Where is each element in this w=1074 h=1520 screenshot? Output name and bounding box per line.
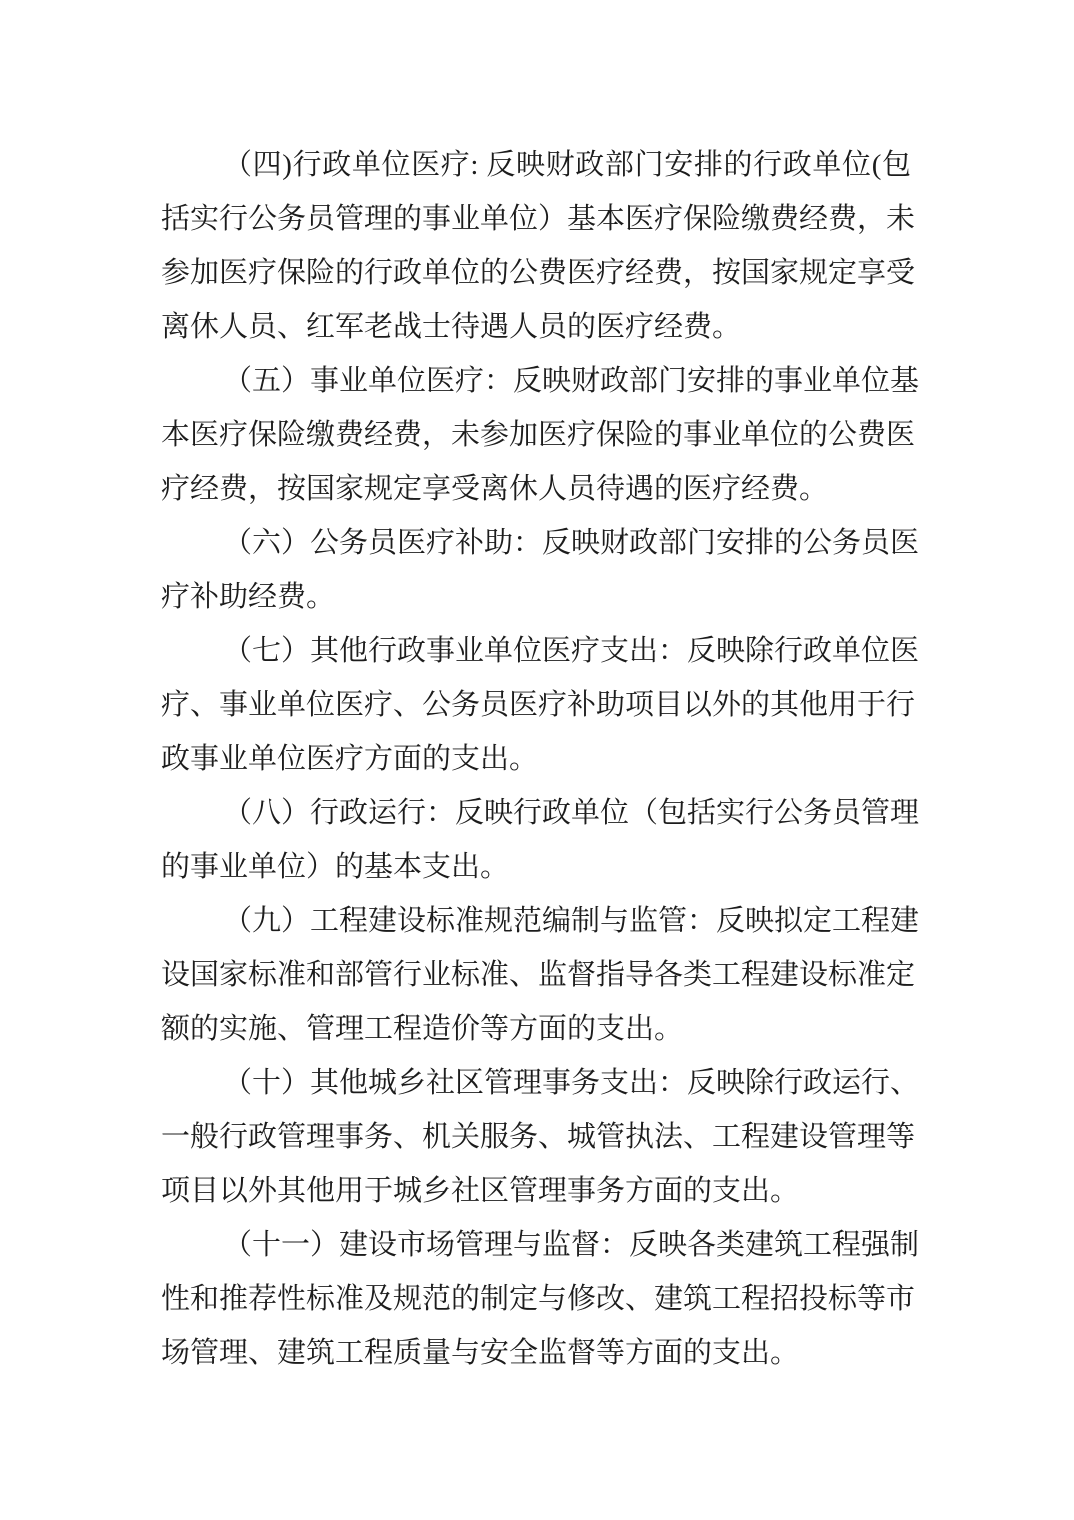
- text-line: （五）事业单位医疗：反映财政部门安排的事业单位基: [161, 354, 911, 408]
- text-line: （七）其他行政事业单位医疗支出：反映除行政单位医: [161, 624, 911, 678]
- text-line: （九）工程建设标准规范编制与监管：反映拟定工程建: [161, 894, 911, 948]
- text-line: （十一）建设市场管理与监督：反映各类建筑工程强制: [161, 1218, 911, 1272]
- text-line: 设国家标准和部管行业标准、监督指导各类工程建设标准定: [161, 948, 911, 1002]
- text-line: 一般行政管理事务、机关服务、城管执法、工程建设管理等: [161, 1110, 911, 1164]
- text-line: 本医疗保险缴费经费，未参加医疗保险的事业单位的公费医: [161, 408, 911, 462]
- text-line: 离休人员、红军老战士待遇人员的医疗经费。: [161, 300, 911, 354]
- text-line: 括实行公务员管理的事业单位）基本医疗保险缴费经费，未: [161, 192, 911, 246]
- text-line: （八）行政运行：反映行政单位（包括实行公务员管理: [161, 786, 911, 840]
- text-line: （十）其他城乡社区管理事务支出：反映除行政运行、: [161, 1056, 911, 1110]
- text-line: 的事业单位）的基本支出。: [161, 840, 911, 894]
- text-line: 疗、事业单位医疗、公务员医疗补助项目以外的其他用于行: [161, 678, 911, 732]
- text-line: 场管理、建筑工程质量与安全监督等方面的支出。: [161, 1326, 911, 1380]
- text-line: 疗经费，按国家规定享受离休人员待遇的医疗经费。: [161, 462, 911, 516]
- text-line: 额的实施、管理工程造价等方面的支出。: [161, 1002, 911, 1056]
- text-line: 参加医疗保险的行政单位的公费医疗经费，按国家规定享受: [161, 246, 911, 300]
- document-page: （四)行政单位医疗: 反映财政部门安排的行政单位(包括实行公务员管理的事业单位）…: [0, 0, 1074, 1520]
- document-text: （四)行政单位医疗: 反映财政部门安排的行政单位(包括实行公务员管理的事业单位）…: [161, 138, 911, 1380]
- text-line: 项目以外其他用于城乡社区管理事务方面的支出。: [161, 1164, 911, 1218]
- text-line: 疗补助经费。: [161, 570, 911, 624]
- text-line: （六）公务员医疗补助：反映财政部门安排的公务员医: [161, 516, 911, 570]
- text-line: （四)行政单位医疗: 反映财政部门安排的行政单位(包: [161, 138, 911, 192]
- text-line: 性和推荐性标准及规范的制定与修改、建筑工程招投标等市: [161, 1272, 911, 1326]
- text-line: 政事业单位医疗方面的支出。: [161, 732, 911, 786]
